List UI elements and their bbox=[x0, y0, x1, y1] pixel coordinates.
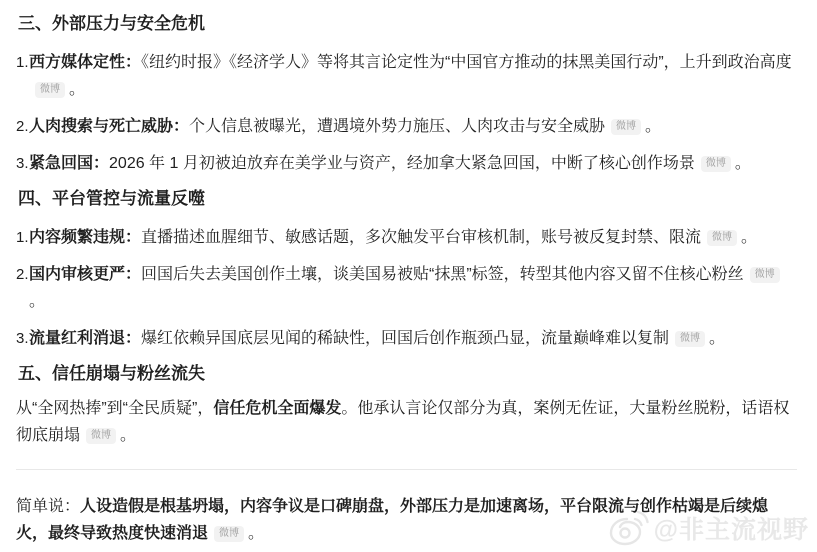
section-heading-4: 四、平台管控与流量反噬 bbox=[16, 187, 795, 211]
item-label: 紧急回国： bbox=[29, 155, 109, 172]
item-text: 直播描述血腥细节、敏感话题，多次触发平台审核机制，账号被反复封禁、限流 bbox=[141, 229, 701, 246]
section-heading-3: 三、外部压力与安全危机 bbox=[16, 12, 795, 36]
article-body: 三、外部压力与安全危机 1.西方媒体定性：《纽约时报》《经济学人》等将其言论定性… bbox=[0, 0, 817, 552]
item-text: 回国后失去美国创作土壤，谈美国易被贴“抹黑”标签，转型其他内容又留不住核心粉丝 bbox=[141, 266, 744, 283]
summary-lead: 简单说： bbox=[16, 498, 80, 515]
item-label: 人肉搜索与死亡威胁： bbox=[29, 118, 189, 135]
item-number: 2. bbox=[16, 113, 29, 140]
weibo-source-badge[interactable]: 微博 bbox=[707, 230, 737, 246]
item-number: 3. bbox=[16, 325, 29, 352]
paragraph-bold: 信任危机全面爆发 bbox=[213, 400, 341, 417]
item-period: 。 bbox=[645, 118, 661, 135]
item-text: 爆红依赖异国底层见闻的稀缺性，回国后创作瓶颈凸显，流量巅峰难以复制 bbox=[141, 330, 669, 347]
item-text: 2026 年 1 月初被迫放弃在美学业与资产，经加拿大紧急回国，中断了核心创作场… bbox=[109, 155, 695, 172]
section-heading-5: 五、信任崩塌与粉丝流失 bbox=[16, 362, 795, 386]
item-text: 个人信息被曝光，遭遇境外势力施压、人肉攻击与安全威胁 bbox=[189, 118, 605, 135]
item-text: 《纽约时报》《经济学人》等将其言论定性为“中国官方推动的抹黑美国行动”，上升到政… bbox=[141, 54, 792, 71]
item-label: 西方媒体定性： bbox=[29, 54, 141, 71]
section-divider bbox=[16, 469, 797, 470]
numbered-list-section-4: 1.内容频繁违规：直播描述血腥细节、敏感话题，多次触发平台审核机制，账号被反复封… bbox=[16, 224, 795, 352]
weibo-source-badge[interactable]: 微博 bbox=[86, 428, 116, 444]
item-number: 3. bbox=[16, 150, 29, 177]
summary-bold: 人设造假是根基坍塌，内容争议是口碑崩盘，外部压力是加速离场，平台限流与创作枯竭是… bbox=[16, 498, 768, 542]
list-item: 2.人肉搜索与死亡威胁：个人信息被曝光，遭遇境外势力施压、人肉攻击与安全威胁微博… bbox=[16, 113, 795, 140]
item-number: 1. bbox=[16, 49, 29, 76]
summary-paragraph: 简单说：人设造假是根基坍塌，内容争议是口碑崩盘，外部压力是加速离场，平台限流与创… bbox=[16, 493, 795, 547]
item-label: 内容频繁违规： bbox=[29, 229, 141, 246]
paragraph-lead: 从“全网热捧”到“全民质疑”， bbox=[16, 400, 213, 417]
item-label: 流量红利消退： bbox=[29, 330, 141, 347]
paragraph-period: 。 bbox=[120, 427, 136, 444]
weibo-source-badge[interactable]: 微博 bbox=[675, 331, 705, 347]
list-item: 3.流量红利消退：爆红依赖异国底层见闻的稀缺性，回国后创作瓶颈凸显，流量巅峰难以… bbox=[16, 325, 795, 352]
item-period: 。 bbox=[741, 229, 757, 246]
list-item: 1.西方媒体定性：《纽约时报》《经济学人》等将其言论定性为“中国官方推动的抹黑美… bbox=[16, 49, 795, 103]
list-item: 1.内容频繁违规：直播描述血腥细节、敏感话题，多次触发平台审核机制，账号被反复封… bbox=[16, 224, 795, 251]
item-number: 1. bbox=[16, 224, 29, 251]
item-period: 。 bbox=[735, 155, 751, 172]
numbered-list-section-3: 1.西方媒体定性：《纽约时报》《经济学人》等将其言论定性为“中国官方推动的抹黑美… bbox=[16, 49, 795, 177]
item-period: 。 bbox=[69, 81, 85, 98]
weibo-source-badge[interactable]: 微博 bbox=[611, 119, 641, 135]
weibo-source-badge[interactable]: 微博 bbox=[750, 267, 780, 283]
list-item: 2.国内审核更严：回国后失去美国创作土壤，谈美国易被贴“抹黑”标签，转型其他内容… bbox=[16, 261, 795, 315]
item-period: 。 bbox=[709, 330, 725, 347]
weibo-source-badge[interactable]: 微博 bbox=[35, 82, 65, 98]
weibo-source-badge[interactable]: 微博 bbox=[214, 526, 244, 542]
summary-period: 。 bbox=[248, 525, 264, 542]
list-item: 3.紧急回国：2026 年 1 月初被迫放弃在美学业与资产，经加拿大紧急回国，中… bbox=[16, 150, 795, 177]
section-paragraph: 从“全网热捧”到“全民质疑”，信任危机全面爆发。他承认言论仅部分为真，案例无佐证… bbox=[16, 395, 795, 449]
item-label: 国内审核更严： bbox=[29, 266, 141, 283]
item-number: 2. bbox=[16, 261, 29, 288]
weibo-source-badge[interactable]: 微博 bbox=[701, 156, 731, 172]
item-period: 。 bbox=[29, 293, 45, 310]
